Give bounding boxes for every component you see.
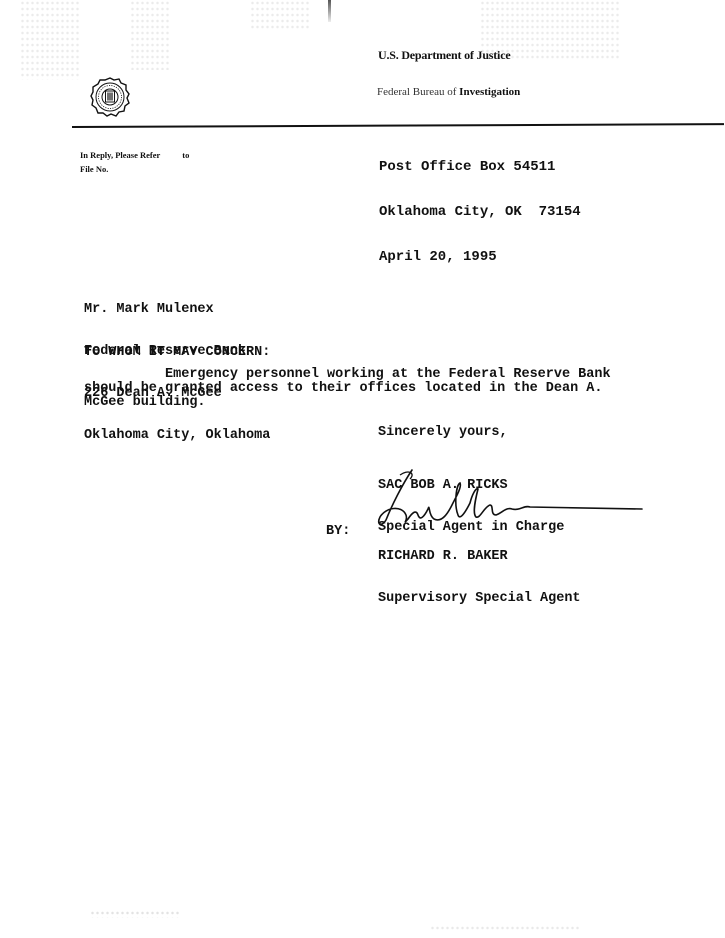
file-number-label: File No. (80, 162, 189, 176)
letter-page: U.S. Department of Justice Federal Burea… (0, 0, 725, 938)
scan-streak (328, 0, 331, 22)
scan-noise (250, 0, 310, 30)
salutation: TO WHOM IT MAY CONCERN: (84, 345, 270, 360)
file-reference: In Reply, Please Referto File No. (80, 148, 189, 176)
letter-body: Emergency personnel working at the Feder… (84, 368, 684, 410)
secondary-signer: RICHARD R. BAKER Supervisory Special Age… (378, 522, 581, 634)
body-line: McGee building. (84, 396, 684, 410)
scan-noise (90, 910, 180, 918)
bureau-prefix: Federal Bureau of (377, 86, 459, 98)
po-box: Post Office Box 54511 (379, 160, 581, 175)
sender-city: Oklahoma City, OK 73154 (379, 205, 581, 220)
by-label: BY: (326, 524, 350, 539)
bureau-name: Federal Bureau of Investigation (377, 86, 520, 98)
scan-noise (430, 925, 580, 931)
recipient-city: Oklahoma City, Oklahoma (84, 429, 270, 443)
scan-noise (20, 0, 80, 80)
fbi-seal-icon (90, 77, 130, 117)
secondary-signer-name: RICHARD R. BAKER (378, 550, 581, 564)
closing: Sincerely yours, (378, 425, 508, 440)
bureau-suffix: Investigation (459, 86, 520, 98)
department-name: U.S. Department of Justice (378, 48, 510, 63)
reply-label: In Reply, Please Refer (80, 150, 160, 160)
body-line: should be granted access to their office… (84, 382, 684, 396)
secondary-signer-title: Supervisory Special Agent (378, 592, 581, 606)
sender-address: Post Office Box 54511 Oklahoma City, OK … (379, 130, 581, 295)
body-line: Emergency personnel working at the Feder… (84, 368, 684, 382)
letterhead-divider (72, 123, 724, 128)
scan-noise (130, 0, 170, 70)
letter-date: April 20, 1995 (379, 250, 581, 265)
recipient-name: Mr. Mark Mulenex (84, 303, 270, 317)
reply-to: to (182, 148, 189, 162)
